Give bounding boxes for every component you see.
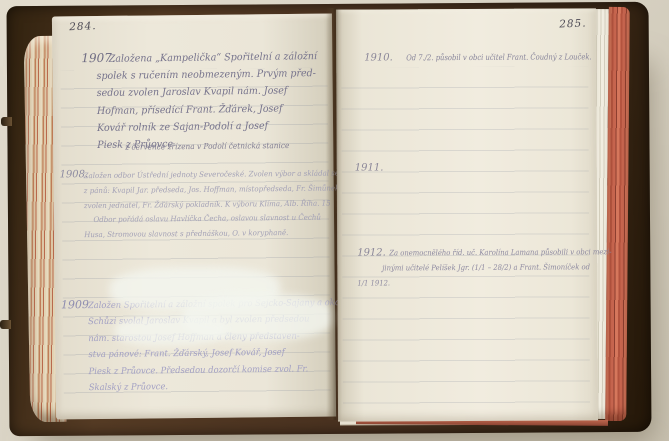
gutter-shadow (326, 8, 342, 420)
entry-1907-note: z července zřízena v Podolí četnická sta… (125, 141, 289, 152)
ruled-lines-right (341, 66, 590, 405)
clasp-bottom (0, 320, 11, 329)
entry-1912-line: jinými učitelé Pelíšek Jgr. (1/1 – 28/2)… (382, 262, 590, 272)
water-damage-patch (115, 315, 225, 346)
red-fore-edge (605, 7, 630, 421)
entry-year-1911: 1911. (355, 162, 384, 173)
entry-1910-text: Od 7./2. působil v obci učitel Frant. Čo… (406, 52, 592, 62)
entry-line: Husa, Stromovou slavnost s přednáškou, O… (84, 226, 321, 243)
entry-line: Skalský z Průovce. (89, 377, 323, 396)
right-page: 285. 1910. Od 7./2. působil v obci učite… (336, 8, 598, 421)
entry-year-1912: 1912. (357, 247, 386, 258)
photo-of-open-ledger: 284. 1907. Založena „Kampelička“ Spořite… (0, 0, 669, 441)
entry-1912-line: 1/1 1912. (357, 278, 390, 287)
entry-1908-text: Založen odbor Ústřední jednoty Severočes… (83, 167, 336, 244)
left-page: 284. 1907. Založena „Kampelička“ Spořite… (52, 14, 336, 420)
entry-1907-text: Založena „Kampelička“ Spořitelní a zálož… (96, 49, 329, 155)
clasp-top (1, 117, 12, 126)
entry-year-1910: 1910. (364, 52, 393, 63)
page-number-left: 284. (69, 20, 97, 33)
entry-year-1909: 1909 (61, 298, 89, 311)
entry-1912-line: Za onemocnělého říd. uč. Karolína Lamana… (389, 247, 611, 257)
page-number-right: 285. (559, 17, 587, 30)
